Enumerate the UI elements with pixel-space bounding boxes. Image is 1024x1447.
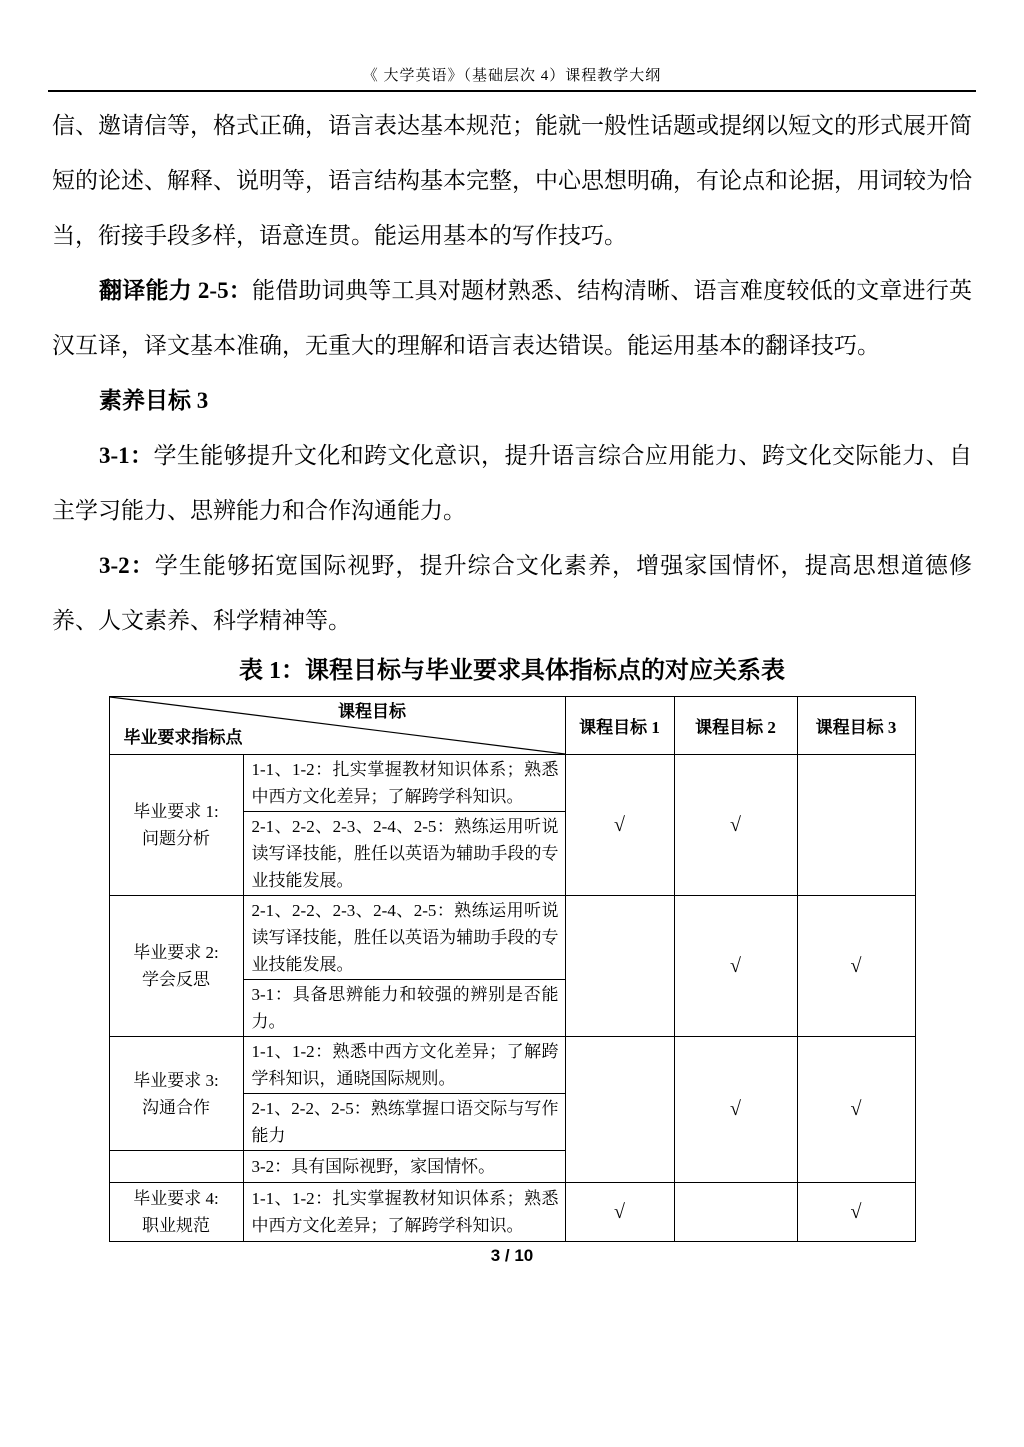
label-requirement-4: 毕业要求 4: 职业规范 — [109, 1183, 243, 1242]
table-title: 表 1：课程目标与毕业要求具体指标点的对应关系表 — [52, 652, 972, 690]
indicator-desc: 3-2：具有国际视野，家国情怀。 — [243, 1151, 565, 1183]
paragraph-goal-3-1: 3-1：学生能够提升文化和跨文化意识，提升语言综合应用能力、跨文化交际能力、自主… — [52, 428, 972, 538]
check-goal-3: √ — [797, 896, 915, 1037]
label-requirement-1: 毕业要求 1: 问题分析 — [109, 755, 243, 896]
check-goal-2: √ — [674, 755, 797, 896]
paragraph-text: 学生能够拓宽国际视野，提升综合文化素养，增强家国情怀，提高思想道德修养、人文素养… — [52, 553, 972, 633]
check-goal-2 — [674, 1183, 797, 1242]
indicator-desc: 1-1、1-2：熟悉中西方文化差异；了解跨学科知识，通晓国际规则。 — [243, 1037, 565, 1094]
requirement-theme: 职业规范 — [112, 1212, 241, 1239]
paragraph-lead: 3-2： — [99, 553, 155, 578]
column-header-goal-2: 课程目标 2 — [674, 697, 797, 755]
check-goal-1 — [565, 1037, 674, 1183]
diagonal-label-course-goals: 课程目标 — [110, 700, 565, 724]
requirement-name: 毕业要求 3: — [112, 1067, 241, 1094]
running-head: 《 大学英语》（基础层次 4）课程教学大纲 — [0, 0, 1024, 92]
paragraph-lead: 3-1： — [99, 443, 153, 468]
course-goal-mapping-table: 课程目标 毕业要求指标点 课程目标 1 课程目标 2 课程目标 3 毕业要求 1… — [109, 696, 916, 1242]
requirement-theme: 沟通合作 — [112, 1094, 241, 1121]
indicator-desc: 2-1、2-2、2-3、2-4、2-5：熟练运用听说读写译技能，胜任以英语为辅助… — [243, 896, 565, 980]
table-row: 毕业要求 3: 沟通合作 1-1、1-2：熟悉中西方文化差异；了解跨学科知识，通… — [109, 1037, 915, 1094]
table-row: 毕业要求 2: 学会反思 2-1、2-2、2-3、2-4、2-5：熟练运用听说读… — [109, 896, 915, 980]
table-row: 毕业要求 4: 职业规范 1-1、1-2：扎实掌握教材知识体系；熟悉中西方文化差… — [109, 1183, 915, 1242]
diagonal-header-cell: 课程目标 毕业要求指标点 — [109, 697, 565, 755]
page-content: 信、邀请信等，格式正确，语言表达基本规范；能就一般性话题或提纲以短文的形式展开简… — [0, 92, 1024, 1266]
check-goal-1 — [565, 896, 674, 1037]
label-requirement-3: 毕业要求 3: 沟通合作 — [109, 1037, 243, 1151]
column-header-goal-3: 课程目标 3 — [797, 697, 915, 755]
label-requirement-2: 毕业要求 2: 学会反思 — [109, 896, 243, 1037]
paragraph-goal-3-2: 3-2：学生能够拓宽国际视野，提升综合文化素养，增强家国情怀，提高思想道德修养、… — [52, 538, 972, 648]
paragraph-translation-ability: 翻译能力 2-5：能借助词典等工具对题材熟悉、结构清晰、语言难度较低的文章进行英… — [52, 263, 972, 373]
check-goal-1: √ — [565, 755, 674, 896]
document-title: 《 大学英语》（基础层次 4）课程教学大纲 — [0, 64, 1024, 85]
check-goal-2: √ — [674, 896, 797, 1037]
indicator-desc: 3-1：具备思辨能力和较强的辨别是否能力。 — [243, 980, 565, 1037]
requirement-theme: 学会反思 — [112, 966, 241, 993]
heading-literacy-goal-3: 素养目标 3 — [52, 373, 972, 428]
indicator-desc: 1-1、1-2：扎实掌握教材知识体系；熟悉中西方文化差异；了解跨学科知识。 — [243, 755, 565, 812]
paragraph-writing-continued: 信、邀请信等，格式正确，语言表达基本规范；能就一般性话题或提纲以短文的形式展开简… — [52, 98, 972, 263]
requirement-name: 毕业要求 1: — [112, 798, 241, 825]
paragraph-text: 学生能够提升文化和跨文化意识，提升语言综合应用能力、跨文化交际能力、自主学习能力… — [52, 443, 972, 523]
paragraph-text: 信、邀请信等，格式正确，语言表达基本规范；能就一般性话题或提纲以短文的形式展开简… — [52, 113, 972, 248]
label-empty-cell — [109, 1151, 243, 1183]
requirement-name: 毕业要求 4: — [112, 1185, 241, 1212]
requirement-theme: 问题分析 — [112, 825, 241, 852]
indicator-desc: 1-1、1-2：扎实掌握教材知识体系；熟悉中西方文化差异；了解跨学科知识。 — [243, 1183, 565, 1242]
diagonal-label-graduation-indicators: 毕业要求指标点 — [124, 726, 243, 750]
column-header-goal-1: 课程目标 1 — [565, 697, 674, 755]
table-row: 毕业要求 1: 问题分析 1-1、1-2：扎实掌握教材知识体系；熟悉中西方文化差… — [109, 755, 915, 812]
check-goal-3 — [797, 755, 915, 896]
check-goal-3: √ — [797, 1037, 915, 1183]
heading-text: 素养目标 3 — [99, 388, 208, 413]
check-goal-2: √ — [674, 1037, 797, 1183]
check-goal-1: √ — [565, 1183, 674, 1242]
requirement-name: 毕业要求 2: — [112, 939, 241, 966]
indicator-desc: 2-1、2-2、2-3、2-4、2-5：熟练运用听说读写译技能，胜任以英语为辅助… — [243, 812, 565, 896]
paragraph-lead: 翻译能力 2-5： — [99, 278, 252, 303]
check-goal-3: √ — [797, 1183, 915, 1242]
document-page: 《 大学英语》（基础层次 4）课程教学大纲 信、邀请信等，格式正确，语言表达基本… — [0, 0, 1024, 1447]
page-number: 3 / 10 — [52, 1246, 972, 1266]
indicator-desc: 2-1、2-2、2-5：熟练掌握口语交际与写作能力 — [243, 1094, 565, 1151]
table-header-row: 课程目标 毕业要求指标点 课程目标 1 课程目标 2 课程目标 3 — [109, 697, 915, 755]
